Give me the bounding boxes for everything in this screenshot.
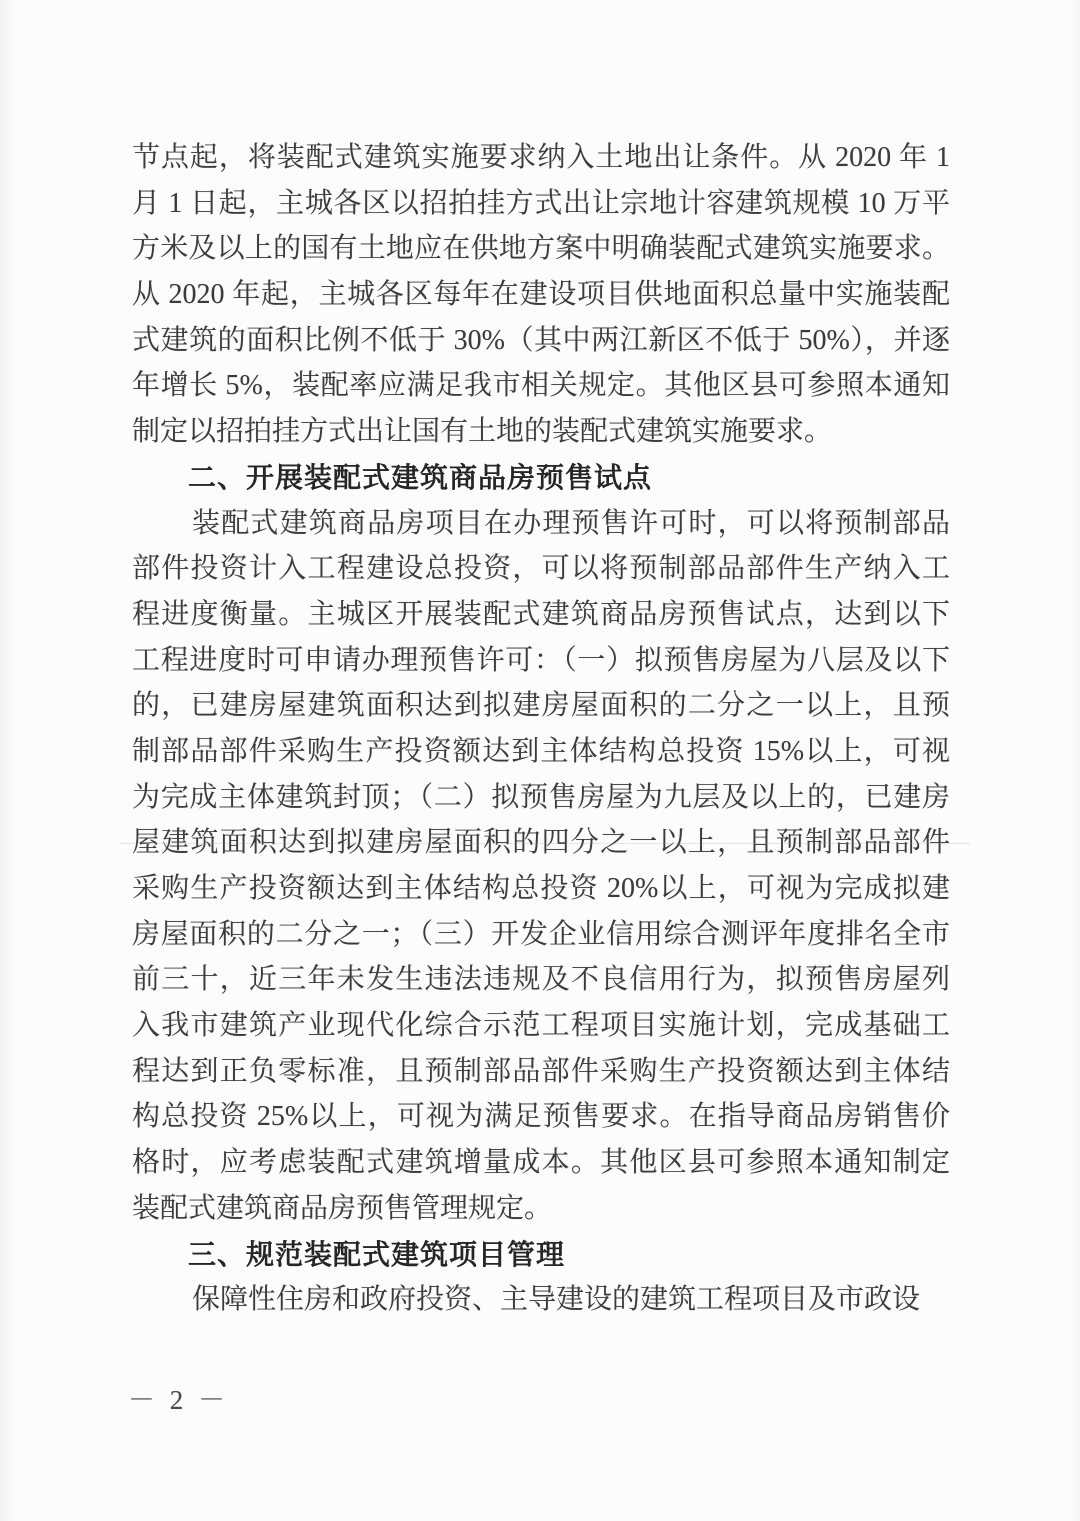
text-line: 工程进度时可申请办理预售许可：（一）拟预售房屋为八层及以下 <box>132 638 950 684</box>
text-line: 构总投资 25%以上，可视为满足预售要求。在指导商品房销售价 <box>132 1094 950 1140</box>
text-line: 程进度衡量。主城区开展装配式建筑商品房预售试点，达到以下 <box>132 592 950 638</box>
text-line: 装配式建筑商品房预售管理规定。 <box>132 1186 950 1232</box>
text-line: 月 1 日起，主城各区以招拍挂方式出让宗地计容建筑规模 10 万平 <box>132 181 950 227</box>
text-line: 为完成主体建筑封顶；（二）拟预售房屋为九层及以上的，已建房 <box>132 775 950 821</box>
text-line: 制部品部件采购生产投资额达到主体结构总投资 15%以上，可视 <box>132 729 950 775</box>
text-line: 节点起，将装配式建筑实施要求纳入土地出让条件。从 2020 年 1 <box>132 135 950 181</box>
text-block: 节点起，将装配式建筑实施要求纳入土地出让条件。从 2020 年 1月 1 日起，… <box>132 135 950 1323</box>
text-line: 房屋面积的二分之一；（三）开发企业信用综合测评年度排名全市 <box>132 912 950 958</box>
text-line: 格时，应考虑装配式建筑增量成本。其他区县可参照本通知制定 <box>132 1140 950 1186</box>
page-number: － 2 － <box>128 1378 229 1417</box>
text-line: 保障性住房和政府投资、主导建设的建筑工程项目及市政设 <box>132 1277 950 1323</box>
text-line: 式建筑的面积比例不低于 30%（其中两江新区不低于 50%），并逐 <box>132 318 950 364</box>
text-line: 的，已建房屋建筑面积达到拟建房屋面积的二分之一以上，且预 <box>132 683 950 729</box>
text-line: 采购生产投资额达到主体结构总投资 20%以上，可视为完成拟建 <box>132 866 950 912</box>
text-line: 前三十，近三年未发生违法违规及不良信用行为，拟预售房屋列 <box>132 957 950 1003</box>
text-line: 方米及以上的国有土地应在供地方案中明确装配式建筑实施要求。 <box>132 226 950 272</box>
text-line: 年增长 5%，装配率应满足我市相关规定。其他区县可参照本通知 <box>132 363 950 409</box>
text-line: 装配式建筑商品房项目在办理预售许可时，可以将预制部品 <box>132 501 950 547</box>
text-line: 制定以招拍挂方式出让国有土地的装配式建筑实施要求。 <box>132 409 950 455</box>
text-line: 入我市建筑产业现代化综合示范工程项目实施计划，完成基础工 <box>132 1003 950 1049</box>
section-heading: 二、开展装配式建筑商品房预售试点 <box>132 455 950 501</box>
text-line: 部件投资计入工程建设总投资，可以将预制部品部件生产纳入工 <box>132 546 950 592</box>
text-line: 程达到正负零标准，且预制部品部件采购生产投资额达到主体结 <box>132 1049 950 1095</box>
scan-artifact-line <box>120 843 970 844</box>
text-line: 从 2020 年起，主城各区每年在建设项目供地面积总量中实施装配 <box>132 272 950 318</box>
scanned-document-page: 节点起，将装配式建筑实施要求纳入土地出让条件。从 2020 年 1月 1 日起，… <box>0 0 1080 1521</box>
section-heading: 三、规范装配式建筑项目管理 <box>132 1232 950 1278</box>
